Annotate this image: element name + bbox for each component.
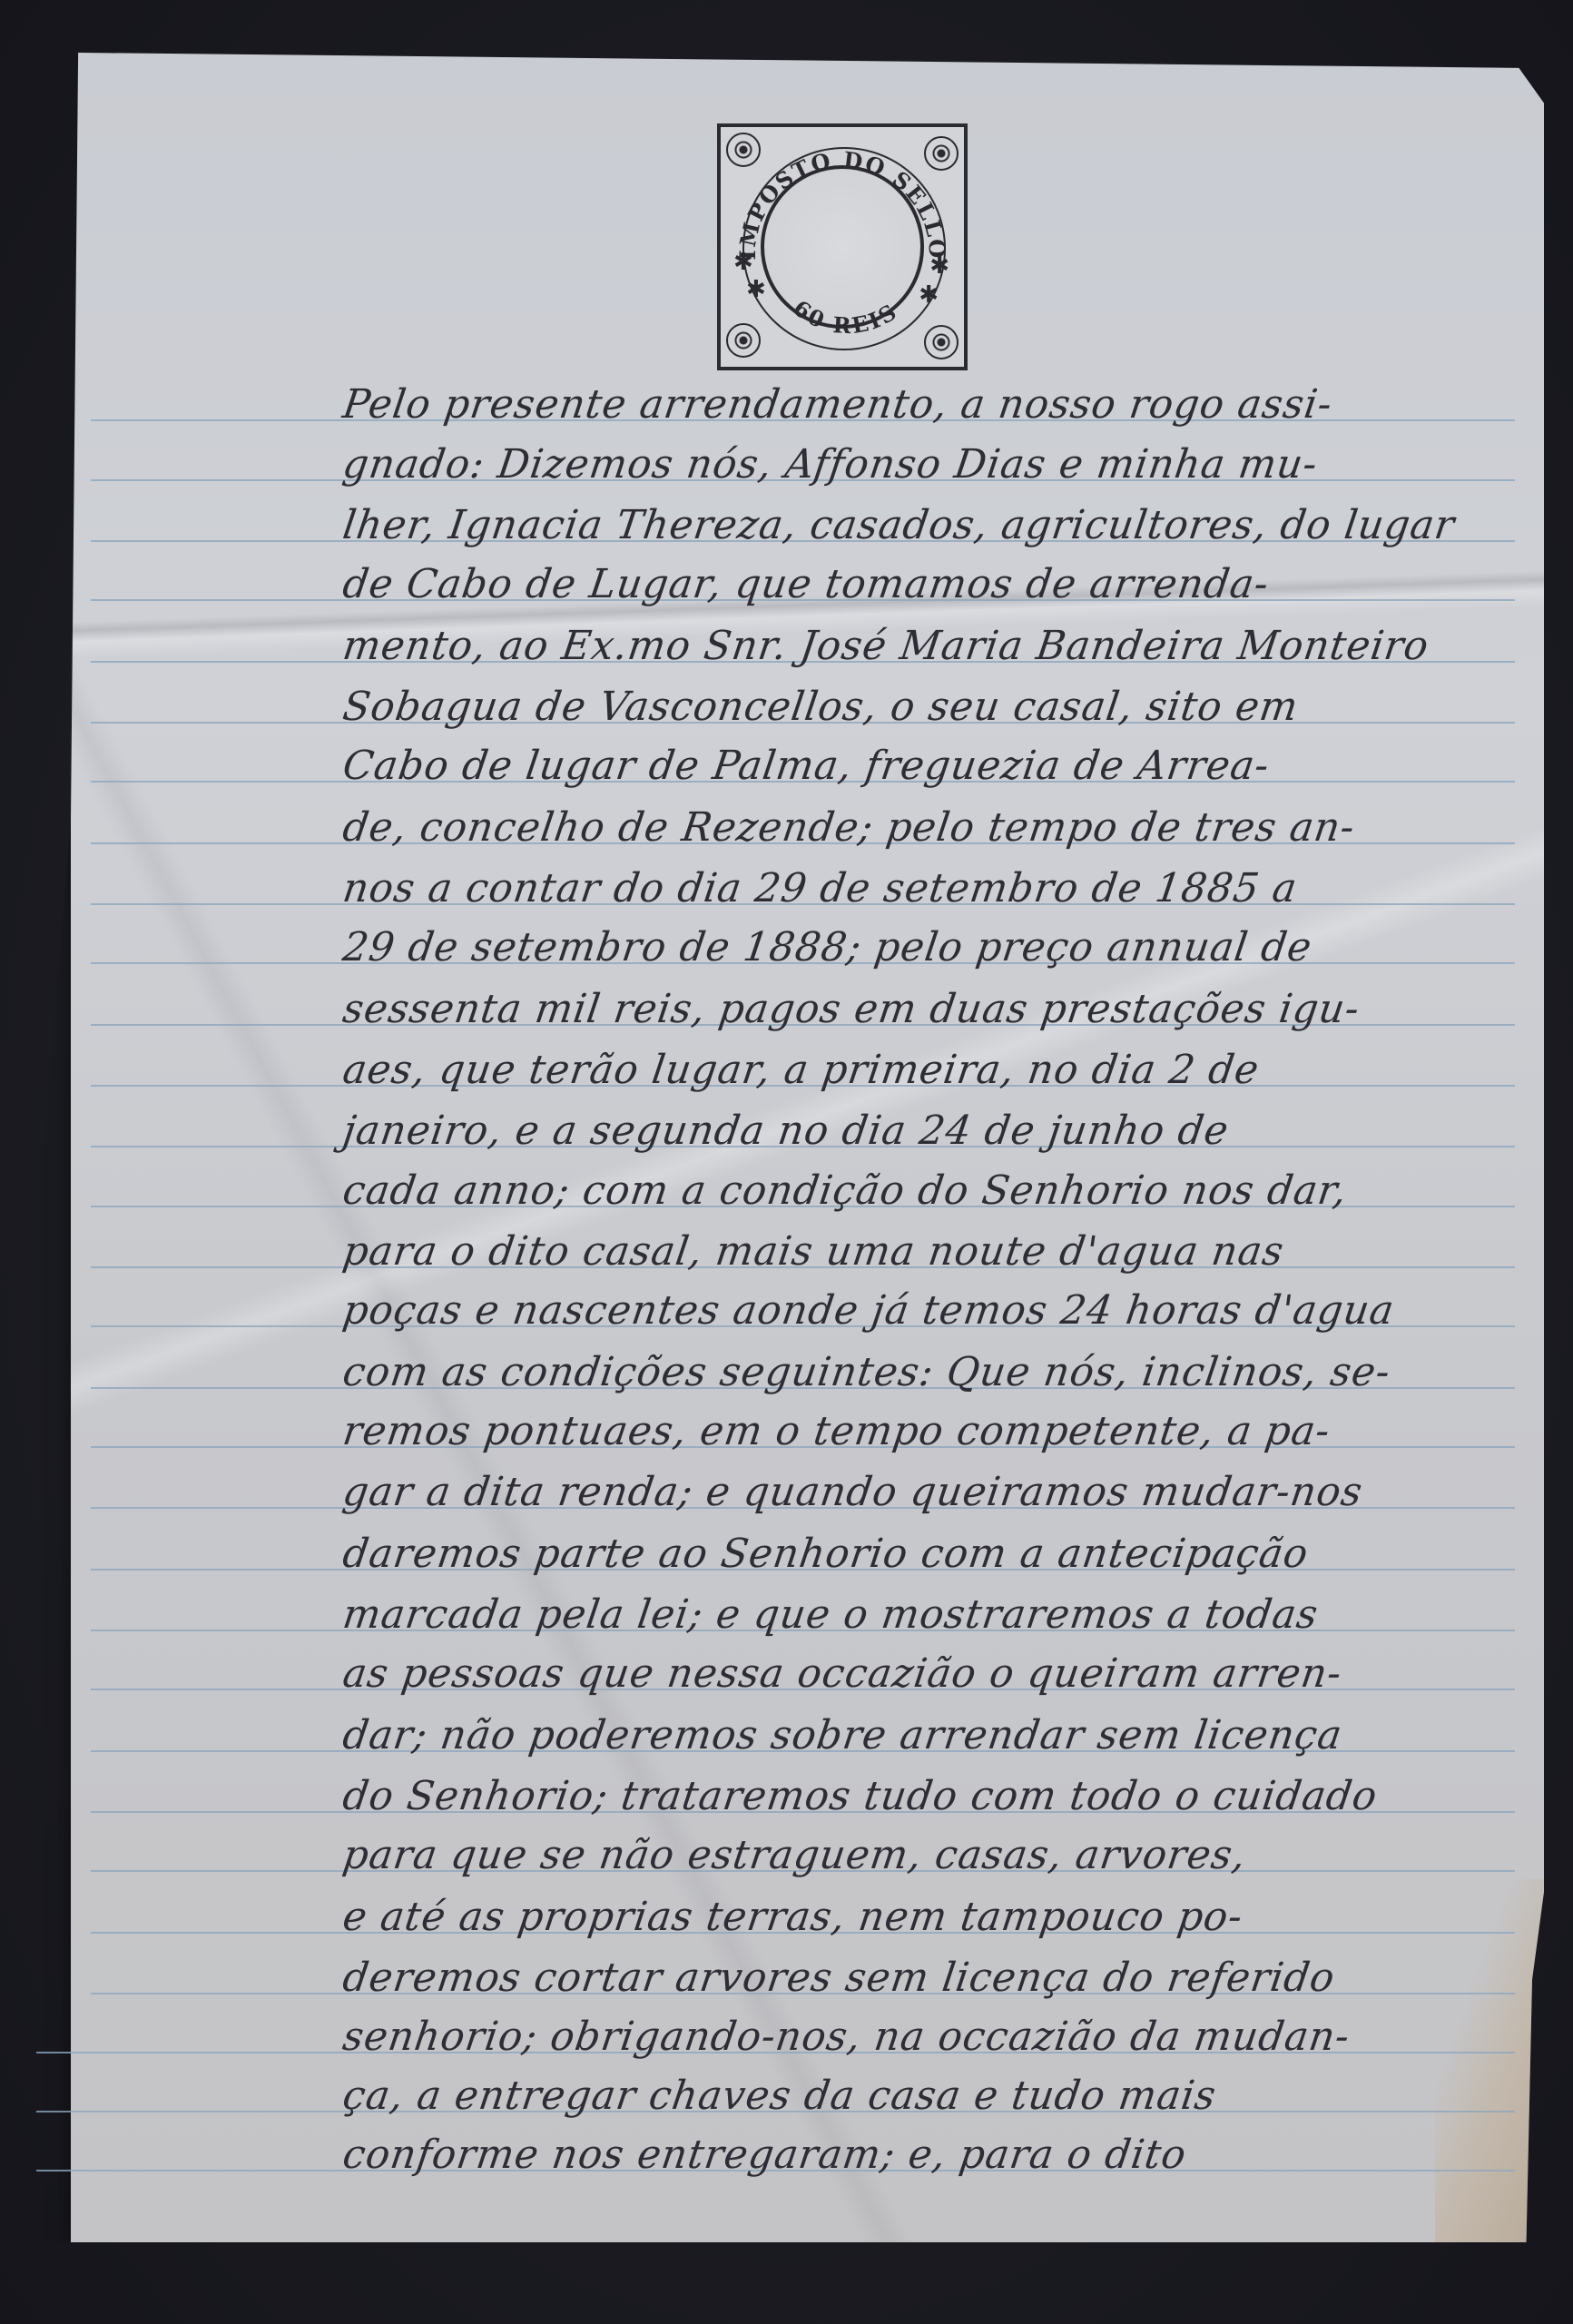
handwritten-line: aes, que terão lugar, a primeira, no dia… [340,1050,1499,1090]
handwritten-line: dar; não poderemos sobre arrendar sem li… [340,1716,1499,1756]
handwritten-line: janeiro, e a segunda no dia 24 de junho … [340,1111,1499,1151]
handwritten-line: para que se não estraguem, casas, arvore… [340,1836,1499,1876]
stamp-lettering: IMPOSTO DO SELLO 60 REIS [721,127,964,367]
stamp-value-text: 60 REIS [789,294,903,339]
handwritten-line: de, concelho de Rezende; pelo tempo de t… [340,808,1499,848]
handwritten-line: conforme nos entregaram; e, para o dito [340,2135,1499,2175]
handwritten-line: Cabo de lugar de Palma, freguezia de Arr… [340,746,1499,786]
handwritten-line: do Senhorio; trataremos tudo com todo o … [340,1777,1499,1817]
handwritten-line: daremos parte ao Senhorio com a antecipa… [340,1534,1499,1574]
handwritten-line: mento, ao Ex.mo Snr. José Maria Bandeira… [340,626,1499,666]
handwritten-line: as pessoas que nessa occazião o queiram … [340,1654,1499,1694]
handwritten-line: para o dito casal, mais uma noute d'agua… [340,1232,1499,1272]
handwritten-line: remos pontuaes, em o tempo competente, a… [340,1412,1499,1452]
handwritten-line: ça, a entregar chaves da casa e tudo mai… [340,2076,1499,2116]
handwritten-line: sessenta mil reis, pagos em duas prestaç… [340,990,1499,1029]
handwritten-line: Sobagua de Vasconcellos, o seu casal, si… [340,687,1499,727]
handwritten-line: nos a contar do dia 29 de setembro de 18… [340,869,1499,909]
handwritten-line: e até as proprias terras, nem tampouco p… [340,1897,1499,1937]
svg-text:IMPOSTO DO SELLO: IMPOSTO DO SELLO [734,146,951,261]
tax-stamp: ✱ ✱ ✱ ✱ IMPOSTO DO SELLO 60 REIS [717,123,968,370]
stamp-top-text: IMPOSTO DO SELLO [734,146,951,261]
handwritten-line: gar a dita renda; e quando queiramos mud… [340,1472,1499,1512]
handwritten-line: Pelo presente arrendamento, a nosso rogo… [340,385,1499,425]
handwritten-line: cada anno; com a condição do Senhorio no… [340,1171,1499,1211]
handwritten-line: senhorio; obrigando-nos, na occazião da … [340,2017,1499,2057]
handwritten-line: 29 de setembro de 1888; pelo preço annua… [340,928,1499,968]
handwritten-line: gnado: Dizemos nós, Affonso Dias e minha… [340,445,1499,485]
handwritten-line: de Cabo de Lugar, que tomamos de arrenda… [340,565,1499,605]
handwritten-line: deremos cortar arvores sem licença do re… [340,1958,1499,1998]
handwritten-line: lher, Ignacia Thereza, casados, agricult… [340,506,1499,546]
svg-text:60 REIS: 60 REIS [789,294,903,339]
handwritten-line: marcada pela lei; e que o mostraremos a … [340,1595,1499,1635]
handwritten-line: com as condições seguintes: Que nós, inc… [340,1353,1499,1393]
handwritten-line: poças e nascentes aonde já temos 24 hora… [340,1291,1499,1331]
